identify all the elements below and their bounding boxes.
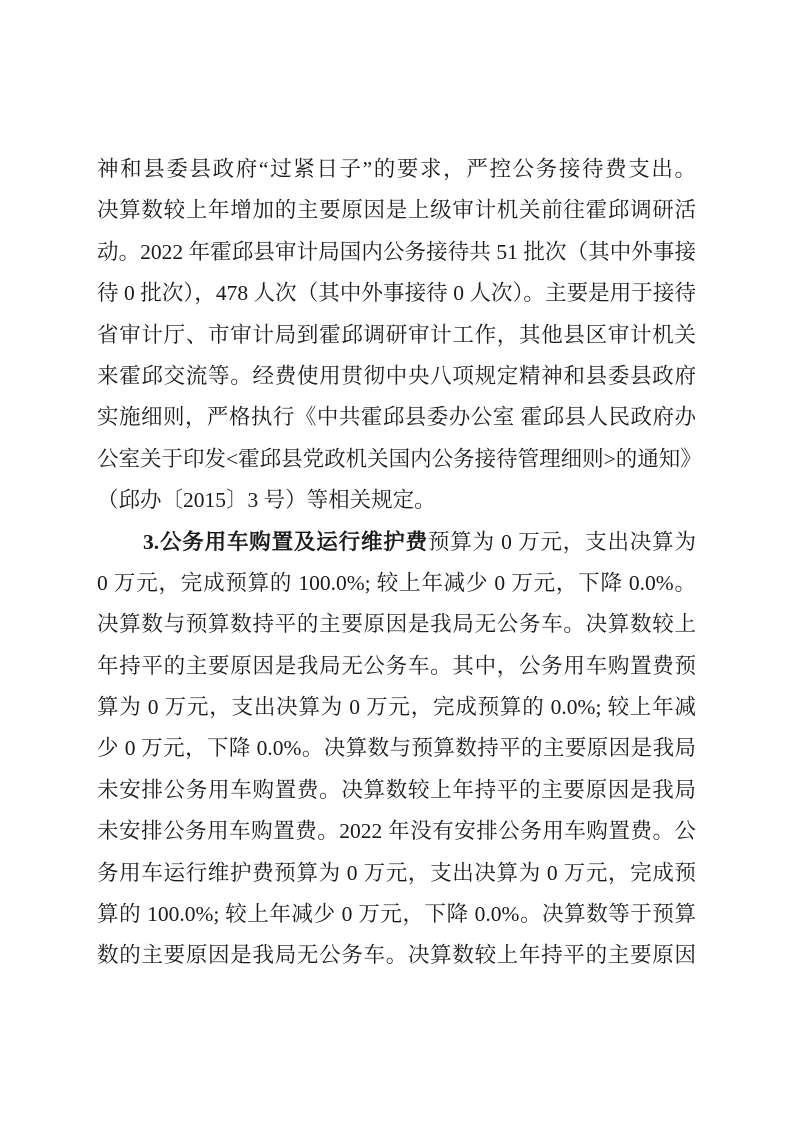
text-line: 决算数较上年增加的主要原因是上级审计机关前往霍邱调研活 bbox=[97, 190, 696, 231]
text-run: 算的 100.0%; 较上年减少 0 万元，下降 0.0%。决算数等于预算 bbox=[97, 902, 696, 926]
text-line: 待 0 批次），478 人次（其中外事接待 0 人次）。主要是用于接待 bbox=[97, 273, 696, 314]
text-run: 数的主要原因是我局无公务车。决算数较上年持平的主要原因 bbox=[97, 943, 696, 967]
text-run: 决算数与预算数持平的主要原因是我局无公务车。决算数较上 bbox=[97, 612, 696, 636]
text-line: 来霍邱交流等。经费使用贯彻中央八项规定精神和县委县政府 bbox=[97, 356, 696, 397]
text-run: 年持平的主要原因是我局无公务车。其中，公务用车购置费预 bbox=[97, 654, 696, 678]
text-run: 预算为 0 万元，支出决算为 bbox=[428, 530, 696, 554]
text-line: 神和县委县政府“过紧日子”的要求，严控公务接待费支出。 bbox=[97, 149, 696, 190]
document-text-block: 神和县委县政府“过紧日子”的要求，严控公务接待费支出。决算数较上年增加的主要原因… bbox=[97, 149, 696, 977]
text-line: 0 万元，完成预算的 100.0%; 较上年减少 0 万元，下降 0.0%。 bbox=[97, 563, 696, 604]
text-run: 动。2022 年霍邱县审计局国内公务接待共 51 批次（其中外事接 bbox=[97, 240, 696, 264]
text-line: 省审计厅、市审计局到霍邱调研审计工作，其他县区审计机关 bbox=[97, 315, 696, 356]
text-run: （邱办〔2015〕3 号）等相关规定。 bbox=[97, 488, 436, 512]
text-line: 务用车运行维护费预算为 0 万元，支出决算为 0 万元，完成预 bbox=[97, 853, 696, 894]
text-line: 实施细则，严格执行《中共霍邱县委办公室 霍邱县人民政府办 bbox=[97, 397, 696, 438]
text-line: 年持平的主要原因是我局无公务车。其中，公务用车购置费预 bbox=[97, 646, 696, 687]
document-page: 神和县委县政府“过紧日子”的要求，严控公务接待费支出。决算数较上年增加的主要原因… bbox=[0, 0, 793, 1122]
text-line: 未安排公务用车购置费。决算数较上年持平的主要原因是我局 bbox=[97, 770, 696, 811]
text-line: 算的 100.0%; 较上年减少 0 万元，下降 0.0%。决算数等于预算 bbox=[97, 894, 696, 935]
section-heading-bold: 3.公务用车购置及运行维护费 bbox=[143, 530, 428, 554]
text-run: 决算数较上年增加的主要原因是上级审计机关前往霍邱调研活 bbox=[97, 198, 696, 222]
text-run: 实施细则，严格执行《中共霍邱县委办公室 霍邱县人民政府办 bbox=[97, 405, 696, 429]
text-line: （邱办〔2015〕3 号）等相关规定。 bbox=[97, 480, 696, 521]
text-run: 省审计厅、市审计局到霍邱调研审计工作，其他县区审计机关 bbox=[97, 323, 696, 347]
text-run: 少 0 万元，下降 0.0%。决算数与预算数持平的主要原因是我局 bbox=[97, 736, 696, 760]
text-run: 未安排公务用车购置费。决算数较上年持平的主要原因是我局 bbox=[97, 778, 696, 802]
text-run: 务用车运行维护费预算为 0 万元，支出决算为 0 万元，完成预 bbox=[97, 861, 696, 885]
text-run: 算为 0 万元，支出决算为 0 万元，完成预算的 0.0%; 较上年减 bbox=[97, 695, 696, 719]
text-run: 神和县委县政府“过紧日子”的要求，严控公务接待费支出。 bbox=[97, 157, 696, 181]
text-line: 公室关于印发<霍邱县党政机关国内公务接待管理细则>的通知》 bbox=[97, 439, 696, 480]
text-line: 决算数与预算数持平的主要原因是我局无公务车。决算数较上 bbox=[97, 604, 696, 645]
text-line: 算为 0 万元，支出决算为 0 万元，完成预算的 0.0%; 较上年减 bbox=[97, 687, 696, 728]
text-run: 来霍邱交流等。经费使用贯彻中央八项规定精神和县委县政府 bbox=[97, 364, 696, 388]
text-run: 公室关于印发<霍邱县党政机关国内公务接待管理细则>的通知》 bbox=[97, 447, 696, 471]
text-line: 3.公务用车购置及运行维护费预算为 0 万元，支出决算为 bbox=[97, 522, 696, 563]
text-line: 动。2022 年霍邱县审计局国内公务接待共 51 批次（其中外事接 bbox=[97, 232, 696, 273]
text-run: 待 0 批次），478 人次（其中外事接待 0 人次）。主要是用于接待 bbox=[97, 281, 696, 305]
text-line: 少 0 万元，下降 0.0%。决算数与预算数持平的主要原因是我局 bbox=[97, 728, 696, 769]
text-line: 未安排公务用车购置费。2022 年没有安排公务用车购置费。公 bbox=[97, 811, 696, 852]
text-line: 数的主要原因是我局无公务车。决算数较上年持平的主要原因 bbox=[97, 935, 696, 976]
text-run: 未安排公务用车购置费。2022 年没有安排公务用车购置费。公 bbox=[97, 819, 696, 843]
text-run: 0 万元，完成预算的 100.0%; 较上年减少 0 万元，下降 0.0%。 bbox=[97, 571, 696, 595]
